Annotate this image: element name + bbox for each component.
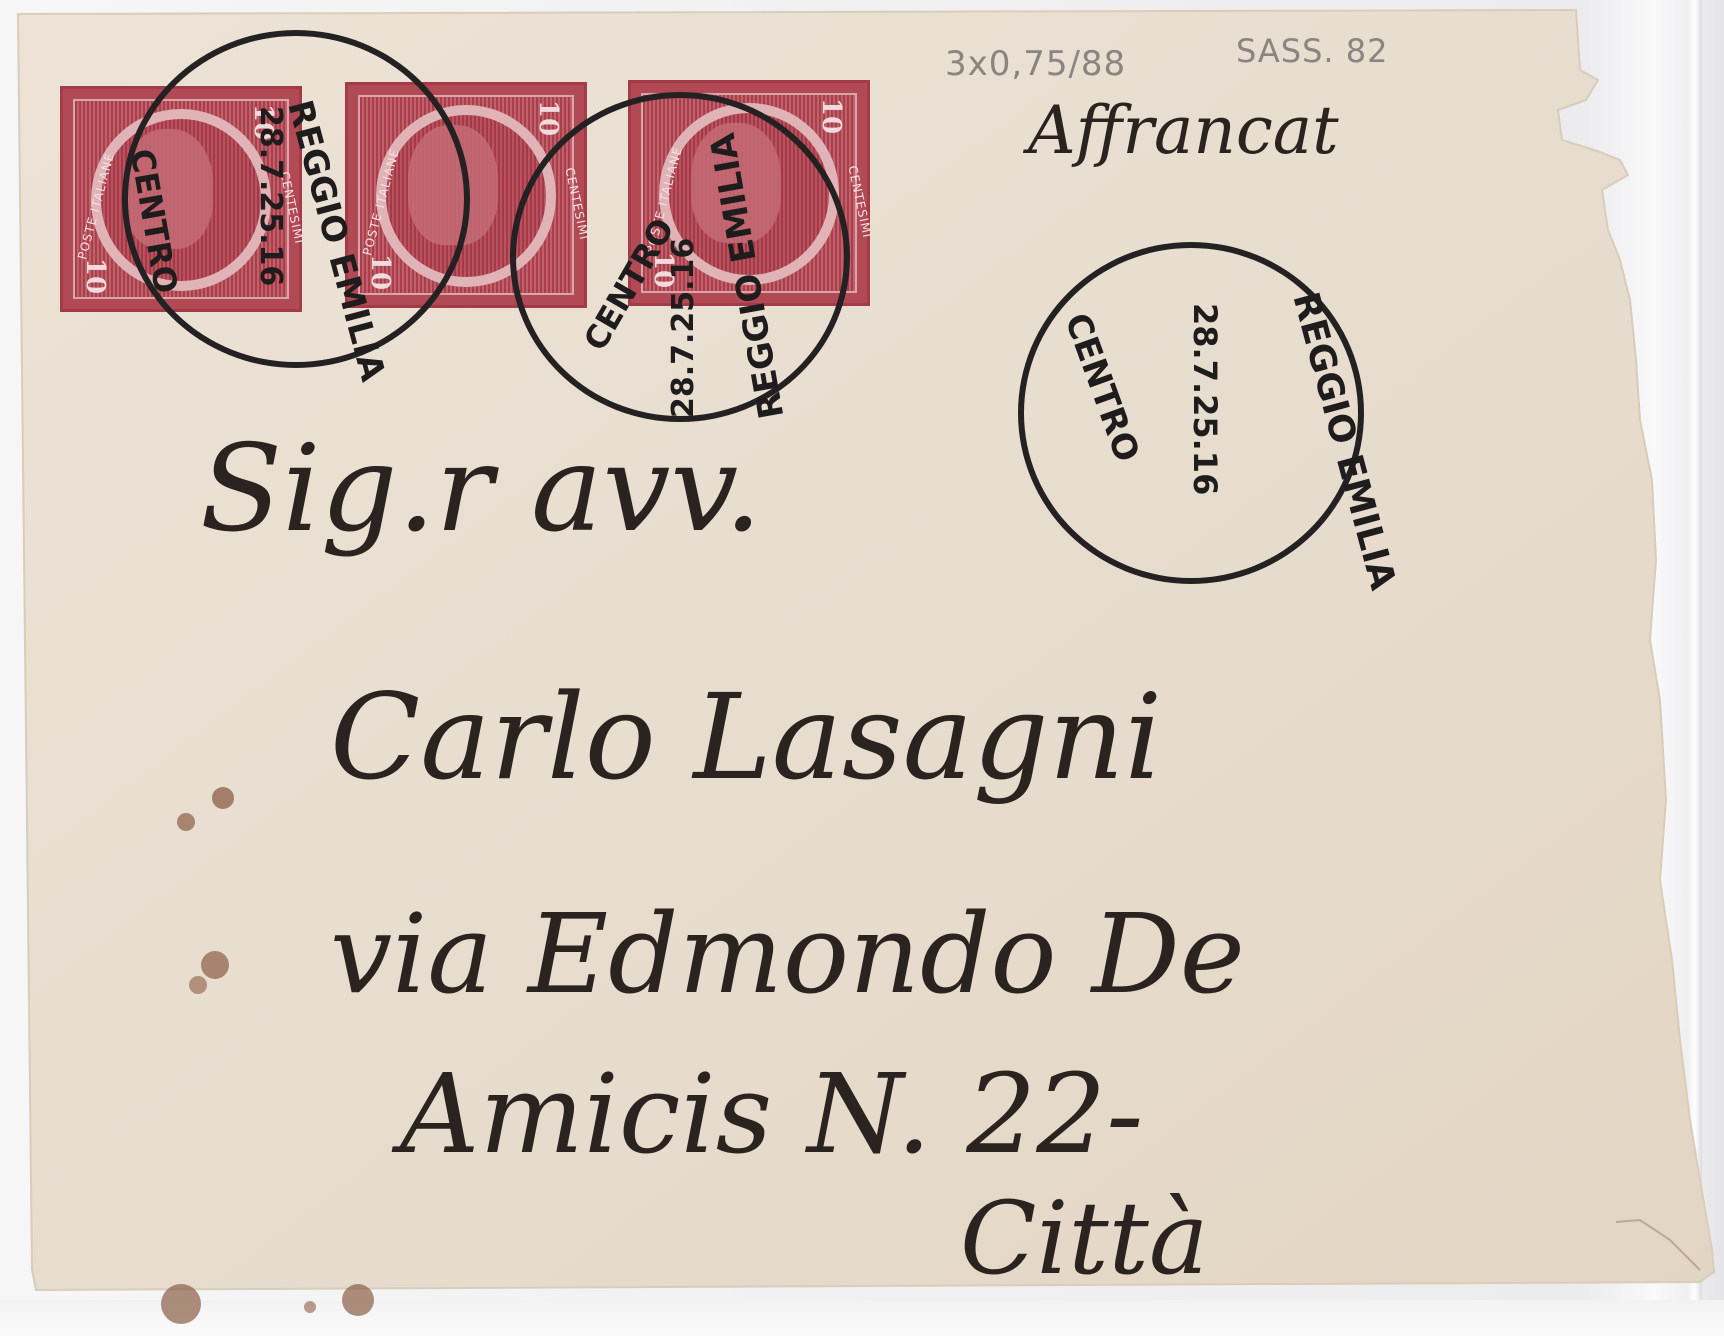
postmark-date: 28.7.25.16 xyxy=(253,106,288,286)
handwritten-street-line2: Amicis N. 22- xyxy=(400,1050,1143,1178)
postmark-date: 28.7.25.16 xyxy=(666,238,701,418)
stamp-value: 10 xyxy=(80,258,110,294)
pencil-catalog-note: SASS. 82 xyxy=(1236,32,1388,70)
postmark: REGGIO EMILIA CENTRO 28.7.25.16 xyxy=(122,30,470,368)
handwritten-city: Città xyxy=(960,1180,1209,1297)
postmark: REGGIO EMILIA CENTRO 28.7.25.16 xyxy=(510,92,850,422)
postmark-office: CENTRO xyxy=(1056,308,1147,467)
postmark: REGGIO EMILIA CENTRO 28.7.25.16 xyxy=(1018,242,1364,584)
handwritten-annotation: Affrancat xyxy=(1028,92,1339,169)
envelope: 3x0,75/88 SASS. 82 10 10 POSTE ITALIANE … xyxy=(0,0,1724,1336)
stamp-value: 10 xyxy=(816,98,846,134)
postmark-date: 28.7.25.16 xyxy=(1186,303,1224,495)
handwritten-recipient-name: Carlo Lasagni xyxy=(330,668,1162,806)
stamp-value: 10 xyxy=(533,100,563,136)
postmark-town: REGGIO EMILIA xyxy=(279,96,392,385)
pencil-price-note: 3x0,75/88 xyxy=(945,44,1126,84)
postmark-town: REGGIO EMILIA xyxy=(703,130,793,422)
handwritten-street-line1: via Edmondo De xyxy=(330,890,1245,1018)
handwritten-salutation: Sig.r avv. xyxy=(200,420,762,559)
